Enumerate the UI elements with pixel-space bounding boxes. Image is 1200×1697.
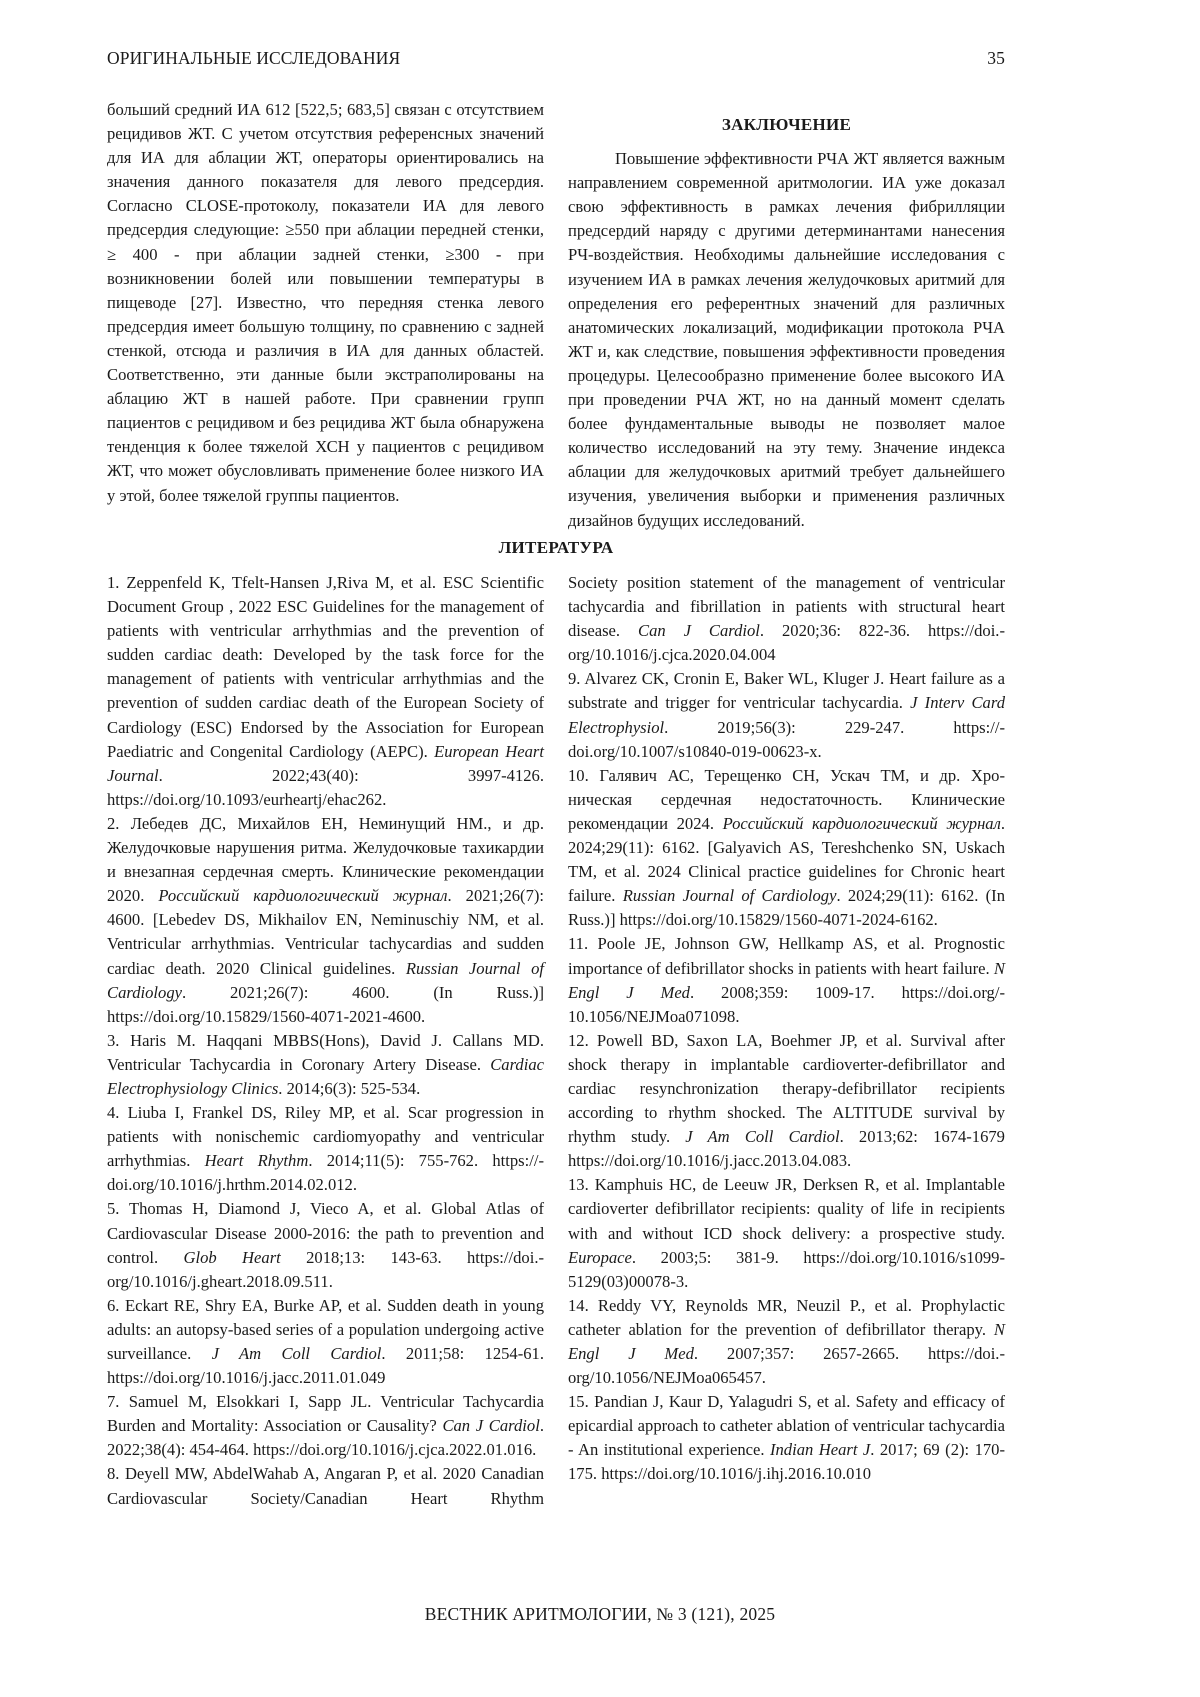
journal-name: J Am Coll Cardiol [212, 1344, 382, 1363]
conclusion-title: ЗАКЛЮЧЕНИЕ [568, 113, 1005, 137]
journal-name: Can J Cardiol [442, 1416, 539, 1435]
section-label: ОРИГИНАЛЬНЫЕ ИССЛЕДОВАНИЯ [107, 48, 400, 69]
references-right-column: Society position statement of the manage… [568, 571, 1005, 1487]
reference-item: 5. Thomas H, Diamond J, Vieco A, et al. … [107, 1197, 544, 1293]
journal-name: Can J Cardiol [638, 621, 760, 640]
reference-item: 9. Alvarez CK, Cronin E, Baker WL, Kluge… [568, 667, 1005, 763]
reference-item: 10. Галявич АС, Терещенко СН, Ускач ТМ, … [568, 764, 1005, 933]
reference-item: 11. Poole JE, Johnson GW, Hellkamp AS, e… [568, 932, 1005, 1028]
journal-name: Indian Heart J [770, 1440, 870, 1459]
reference-item: 1. Zeppenfeld K, Tfelt-Hansen J,Riva M, … [107, 571, 544, 812]
journal-name: Heart Rhythm [205, 1151, 309, 1170]
journal-name: Российский кардиологический жур­нал [158, 886, 447, 905]
reference-item: 2. Лебедев ДС, Михайлов ЕН, Неминущий НМ… [107, 812, 544, 1029]
reference-item: 7. Samuel M, Elsokkari I, Sapp JL. Ventr… [107, 1390, 544, 1462]
reference-item: 8. Deyell MW, AbdelWahab A, Angaran P, e… [107, 1462, 544, 1510]
reference-item-continued: Society position statement of the manage… [568, 571, 1005, 667]
page-number: 35 [987, 48, 1005, 69]
journal-name: Российский кардиологический журнал [723, 814, 1001, 833]
reference-item: 13. Kamphuis HC, de Leeuw JR, Derksen R,… [568, 1173, 1005, 1293]
journal-name: Europace [568, 1248, 632, 1267]
discussion-column: больший средний ИА 612 [522,5; 683,5] св… [107, 98, 544, 508]
conclusion-section: ЗАКЛЮЧЕНИЕ Повышение эффективности РЧА Ж… [568, 113, 1005, 533]
journal-name: Glob Heart [184, 1248, 281, 1267]
reference-item: 3. Haris M. Haqqani MBBS(Hons), David J.… [107, 1029, 544, 1101]
running-header: ОРИГИНАЛЬНЫЕ ИССЛЕДОВАНИЯ 35 [107, 48, 1005, 69]
journal-name: J Am Coll Cardiol [685, 1127, 839, 1146]
reference-item: 14. Reddy VY, Reynolds MR, Neuzil P., et… [568, 1294, 1005, 1390]
discussion-paragraph: больший средний ИА 612 [522,5; 683,5] св… [107, 98, 544, 508]
reference-item: 12. Powell BD, Saxon LA, Boehmer JP, et … [568, 1029, 1005, 1174]
reference-item: 15. Pandian J, Kaur D, Yalagudri S, et a… [568, 1390, 1005, 1486]
reference-item: 6. Eckart RE, Shry EA, Burke AP, et al. … [107, 1294, 544, 1390]
references-left-column: 1. Zeppenfeld K, Tfelt-Hansen J,Riva M, … [107, 571, 544, 1511]
conclusion-paragraph: Повышение эффективности РЧА ЖТ является … [568, 147, 1005, 533]
journal-footer: ВЕСТНИК АРИТМОЛОГИИ, № 3 (121), 2025 [0, 1604, 1200, 1625]
reference-item: 4. Liuba I, Frankel DS, Riley MP, et al.… [107, 1101, 544, 1197]
journal-name: Russian Journal of Cardiology [623, 886, 837, 905]
references-title: ЛИТЕРАТУРА [107, 538, 1005, 558]
